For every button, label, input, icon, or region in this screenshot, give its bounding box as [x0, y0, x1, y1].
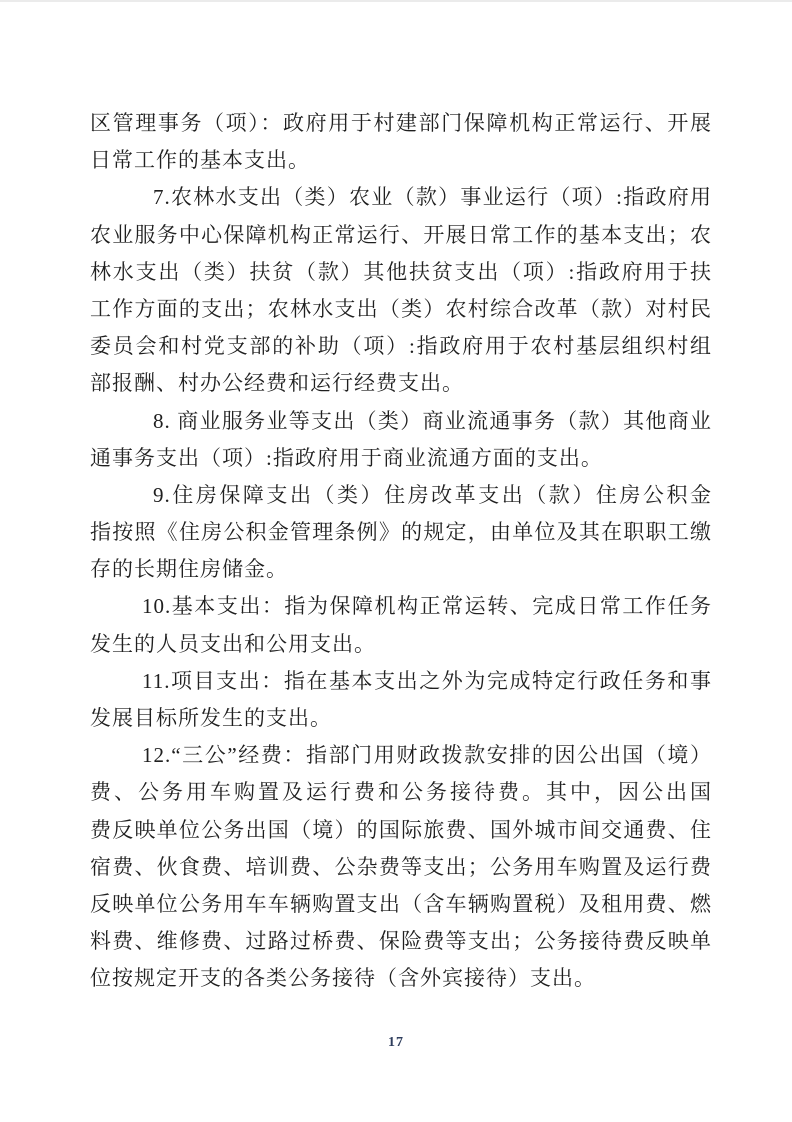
text-line: 发展目标所发生的支出。 — [90, 700, 712, 737]
document-body: 区管理事务（项）：政府用于村建部门保障机构正常运行、开展 日常工作的基本支出。 … — [90, 105, 712, 998]
text-line: 7.农林水支出（类）农业（款）事业运行（项）:指政府用于 — [90, 179, 712, 216]
text-line: 委员会和村党支部的补助（项）:指政府用于农村基层组织村组干 — [90, 328, 712, 365]
text-line: 位按规定开支的各类公务接待（含外宾接待）支出。 — [90, 960, 712, 997]
text-line: 反映单位公务用车车辆购置支出（含车辆购置税）及租用费、燃 — [90, 886, 712, 923]
text-line: 存的长期住房储金。 — [90, 551, 712, 588]
text-line: 9.住房保障支出（类）住房改革支出（款）住房公积金（项）: — [90, 477, 712, 514]
page-number: 17 — [0, 1035, 792, 1051]
text-line: 通事务支出（项）:指政府用于商业流通方面的支出。 — [90, 440, 712, 477]
text-line: 区管理事务（项）：政府用于村建部门保障机构正常运行、开展 — [90, 105, 712, 142]
text-line: 林水支出（类）扶贫（款）其他扶贫支出（项）:指政府用于扶贫 — [90, 254, 712, 291]
text-line: 宿费、伙食费、培训费、公杂费等支出；公务用车购置及运行费 — [90, 849, 712, 886]
text-line: 农业服务中心保障机构正常运行、开展日常工作的基本支出；农 — [90, 217, 712, 254]
page-top-edge — [0, 0, 792, 2]
text-line: 12.“三公”经费：指部门用财政拨款安排的因公出国（境） — [90, 737, 712, 774]
text-line: 日常工作的基本支出。 — [90, 142, 712, 179]
text-line: 费、公务用车购置及运行费和公务接待费。其中，因公出国（境） — [90, 774, 712, 811]
text-line: 费反映单位公务出国（境）的国际旅费、国外城市间交通费、住 — [90, 812, 712, 849]
document-page: 区管理事务（项）：政府用于村建部门保障机构正常运行、开展 日常工作的基本支出。 … — [0, 0, 792, 1122]
text-line: 10.基本支出：指为保障机构正常运转、完成日常工作任务而 — [90, 588, 712, 625]
text-line: 料费、维修费、过路过桥费、保险费等支出；公务接待费反映单 — [90, 923, 712, 960]
text-line: 指按照《住房公积金管理条例》的规定，由单位及其在职职工缴 — [90, 514, 712, 551]
text-line: 11.项目支出：指在基本支出之外为完成特定行政任务和事业 — [90, 663, 712, 700]
text-line: 部报酬、村办公经费和运行经费支出。 — [90, 365, 712, 402]
text-line: 工作方面的支出；农林水支出（类）农村综合改革（款）对村民 — [90, 291, 712, 328]
text-line: 8. 商业服务业等支出（类）商业流通事务（款）其他商业流 — [90, 403, 712, 440]
text-line: 发生的人员支出和公用支出。 — [90, 626, 712, 663]
